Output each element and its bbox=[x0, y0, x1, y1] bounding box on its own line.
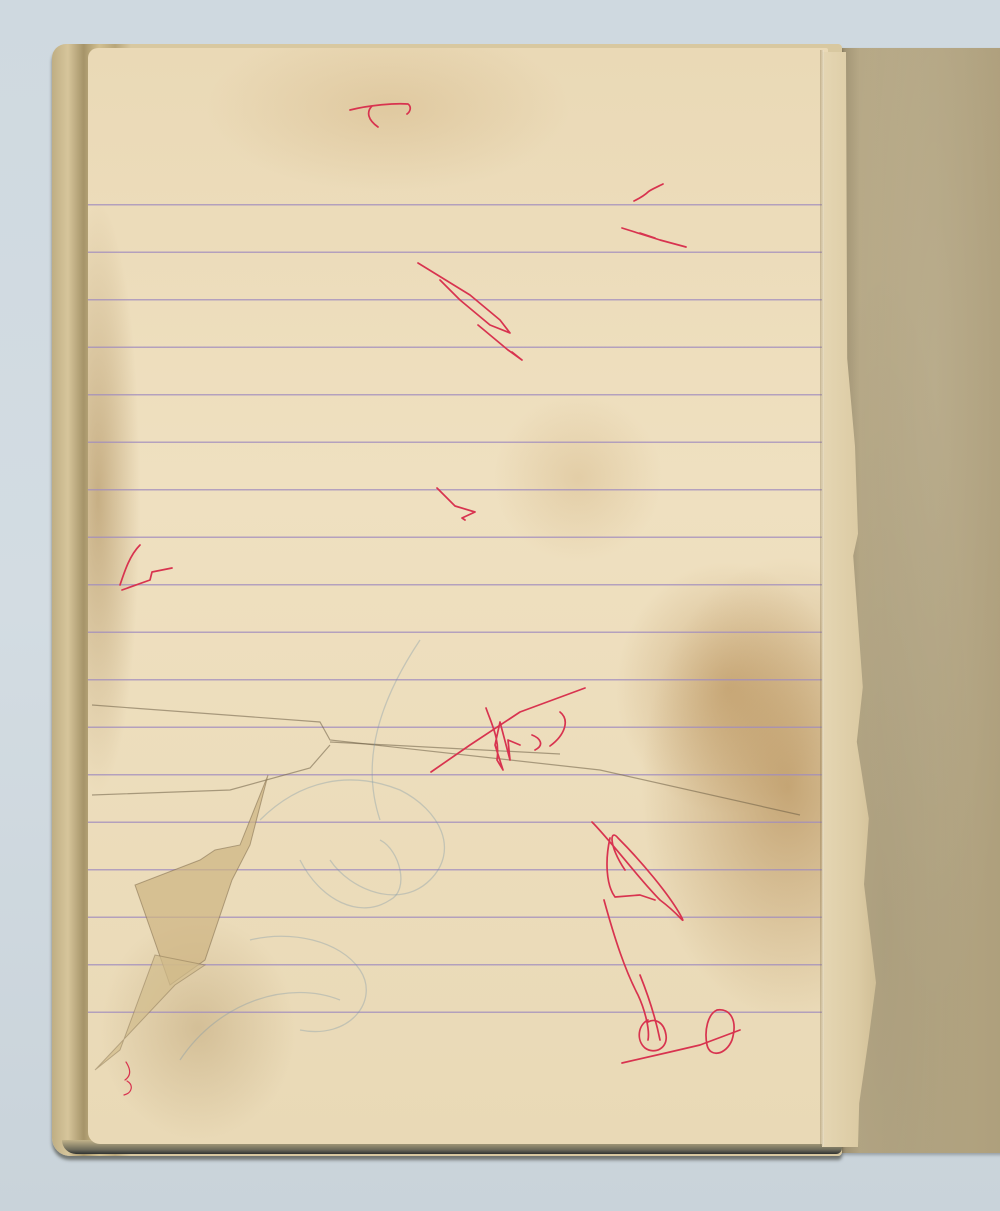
scribble-small-mark bbox=[437, 488, 475, 520]
scribble-circle-right bbox=[706, 1010, 734, 1053]
scribble-crossed-mark bbox=[431, 688, 585, 772]
scribble-circle-left bbox=[639, 1020, 666, 1051]
red-ink-scribbles bbox=[0, 0, 1000, 1211]
scribble-zigzag bbox=[486, 708, 565, 770]
scribble-small-wave bbox=[634, 184, 663, 201]
scribble-vertical-lines bbox=[604, 900, 660, 1040]
scribble-bottom-left bbox=[124, 1062, 131, 1095]
scribble-top-hook bbox=[350, 104, 410, 127]
scribble-long-diagonal bbox=[418, 263, 522, 360]
scribble-left-margin bbox=[120, 545, 172, 590]
notebook-photo bbox=[0, 0, 1000, 1211]
scribble-dash bbox=[622, 228, 686, 247]
